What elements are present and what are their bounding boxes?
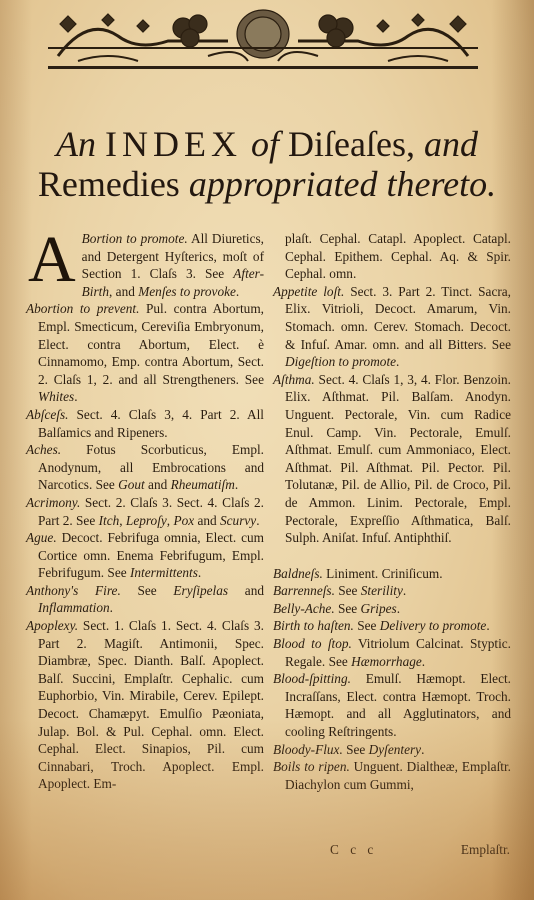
cross-ref: Inflammation xyxy=(38,600,110,615)
index-entry: Ague. Decoct. Febrifuga omnia, Elect. cu… xyxy=(26,529,264,582)
entry-head: Blood-ſpitting. xyxy=(273,671,351,686)
entry-head: Blood to ſtop. xyxy=(273,636,352,651)
catchword: Emplaſtr. xyxy=(461,842,510,858)
cross-ref: Whites xyxy=(38,389,74,404)
entry-head: Boils to ripen. xyxy=(273,759,350,774)
title-word: An xyxy=(56,124,96,164)
index-entry: Bloody-Flux. See Dyſentery. xyxy=(273,741,511,759)
entry-text: . xyxy=(403,583,406,598)
entry-head: Anthony's Fire. xyxy=(26,583,121,598)
entry-head: Bloody-Flux. xyxy=(273,742,343,757)
entry-body: See xyxy=(121,583,174,598)
entry-head: Bortion to promote. xyxy=(82,231,188,246)
entry-text: , and xyxy=(109,284,138,299)
entry-head: Aches. xyxy=(26,442,61,457)
entry-head: Acrimony. xyxy=(26,495,80,510)
floral-ornament-icon xyxy=(48,6,478,66)
entry-head: Barrenneſs. xyxy=(273,583,335,598)
entry-head: Abortion to prevent. xyxy=(26,301,139,316)
title-line-2: Remedies appropriated thereto. xyxy=(0,164,534,204)
entry-head: Baldneſs. xyxy=(273,566,323,581)
entry-text: . xyxy=(235,477,238,492)
cross-ref: Leproſy xyxy=(126,513,167,528)
index-entry: Barrenneſs. See Sterility. xyxy=(273,582,511,600)
cross-ref: Digeſtion to promote xyxy=(285,354,396,369)
signature-mark: C c c xyxy=(330,842,377,858)
index-entry: Baldneſs. Liniment. Criniſicum. xyxy=(273,565,511,583)
right-column: plaſt. Cephal. Catapl. Apoplect. Catapl.… xyxy=(273,230,511,793)
entry-body: Sect. 4. Claſs 1, 3, 4. Flor. Benzoin. E… xyxy=(285,372,511,545)
drop-cap: A xyxy=(28,234,76,286)
entry-text: . xyxy=(397,601,400,616)
entry-text: and xyxy=(145,477,171,492)
index-entry: Birth to haſten. See Delivery to promote… xyxy=(273,617,511,635)
entry-text: . xyxy=(396,354,399,369)
index-entry: Aches. Fotus Scorbuticus, Empl. Anodynum… xyxy=(26,441,264,494)
entry-text: . xyxy=(198,565,201,580)
entry-text: and xyxy=(194,513,220,528)
page-footer: C c c Emplaſtr. xyxy=(285,842,510,858)
cross-ref: Gout xyxy=(118,477,145,492)
entry-body: plaſt. Cephal. Catapl. Apoplect. Catapl.… xyxy=(285,231,511,281)
entry-body: Sect. 1. Claſs 1. Sect. 4. Claſs 3. Part… xyxy=(38,618,264,791)
left-column: ABortion to promote. All Diuretics, and … xyxy=(26,230,264,793)
index-entry: Anthony's Fire. See Eryſipelas and Infla… xyxy=(26,582,264,617)
continuation-text: plaſt. Cephal. Catapl. Apoplect. Catapl.… xyxy=(273,230,511,283)
title-line-1: An INDEX of Diſeaſes, and xyxy=(0,124,534,164)
entry-text: . xyxy=(74,389,77,404)
entry-head: Ague. xyxy=(26,530,57,545)
index-entry: Aſthma. Sect. 4. Claſs 1, 3, 4. Flor. Be… xyxy=(273,371,511,547)
title-word: Remedies xyxy=(38,164,180,204)
cross-ref: Delivery to promote xyxy=(380,618,487,633)
section-gap xyxy=(273,547,511,565)
index-entry: Acrimony. Sect. 2. Claſs 3. Sect. 4. Cla… xyxy=(26,494,264,529)
entry-body: See xyxy=(335,583,361,598)
index-entry: Blood to ſtop. Vitriolum Calcinat. Stypt… xyxy=(273,635,511,670)
entry-text: and xyxy=(228,583,264,598)
entry-text: . xyxy=(110,600,113,615)
cross-ref: Eryſipelas xyxy=(173,583,228,598)
cross-ref: Scurvy xyxy=(220,513,256,528)
index-entry: Blood-ſpitting. Emulſ. Hæmopt. Elect. In… xyxy=(273,670,511,740)
entry-body: See xyxy=(335,601,361,616)
entry-head: Belly-Ache. xyxy=(273,601,335,616)
index-entry: Belly-Ache. See Gripes. xyxy=(273,600,511,618)
title-word: and xyxy=(424,124,478,164)
index-entry: Abſceſs. Sect. 4. Claſs 3, 4. Part 2. Al… xyxy=(26,406,264,441)
entry-head: Apoplexy. xyxy=(26,618,78,633)
index-entry: Boils to ripen. Unguent. Dialtheæ, Empla… xyxy=(273,758,511,793)
index-entry: ABortion to promote. All Diuretics, and … xyxy=(26,230,264,300)
entry-text: . xyxy=(486,618,489,633)
entry-body: See xyxy=(343,742,369,757)
title-word: INDEX xyxy=(105,124,242,164)
entry-head: Abſceſs. xyxy=(26,407,68,422)
index-entry: Apoplexy. Sect. 1. Claſs 1. Sect. 4. Cla… xyxy=(26,617,264,793)
cross-ref: Gripes xyxy=(361,601,397,616)
entry-body: Liniment. Criniſicum. xyxy=(323,566,443,581)
entry-body: Sect. 4. Claſs 3, 4. Part 2. All Balſami… xyxy=(38,407,264,440)
cross-ref: Sterility xyxy=(361,583,403,598)
page-title: An INDEX of Diſeaſes, and Remedies appro… xyxy=(0,124,534,204)
book-page: An INDEX of Diſeaſes, and Remedies appro… xyxy=(0,0,534,900)
entry-text: . xyxy=(421,742,424,757)
cross-ref: Rheumatiſm xyxy=(171,477,235,492)
index-entry: Appetite loſt. Sect. 3. Part 2. Tinct. S… xyxy=(273,283,511,371)
entry-text: . xyxy=(256,513,259,528)
entry-head: Aſthma. xyxy=(273,372,315,387)
entry-head: Birth to haſten. xyxy=(273,618,354,633)
cross-ref: Itch xyxy=(99,513,120,528)
index-entry: Abortion to prevent. Pul. contra Abortum… xyxy=(26,300,264,406)
title-word: of xyxy=(251,124,279,164)
woodcut-headpiece-ornament xyxy=(48,6,478,69)
cross-ref: Menſes to provoke xyxy=(138,284,236,299)
entry-body: See xyxy=(354,618,380,633)
cross-ref: Pox xyxy=(173,513,194,528)
entry-text: , xyxy=(119,513,126,528)
cross-ref: Intermittents xyxy=(130,565,198,580)
title-word: Diſeaſes, xyxy=(288,124,415,164)
cross-ref: Hæmorrhage xyxy=(351,654,422,669)
cross-ref: Dyſentery xyxy=(369,742,421,757)
entry-text: . xyxy=(422,654,425,669)
entry-text: . xyxy=(236,284,239,299)
title-word: appropriated thereto. xyxy=(189,164,496,204)
entry-head: Appetite loſt. xyxy=(273,284,344,299)
